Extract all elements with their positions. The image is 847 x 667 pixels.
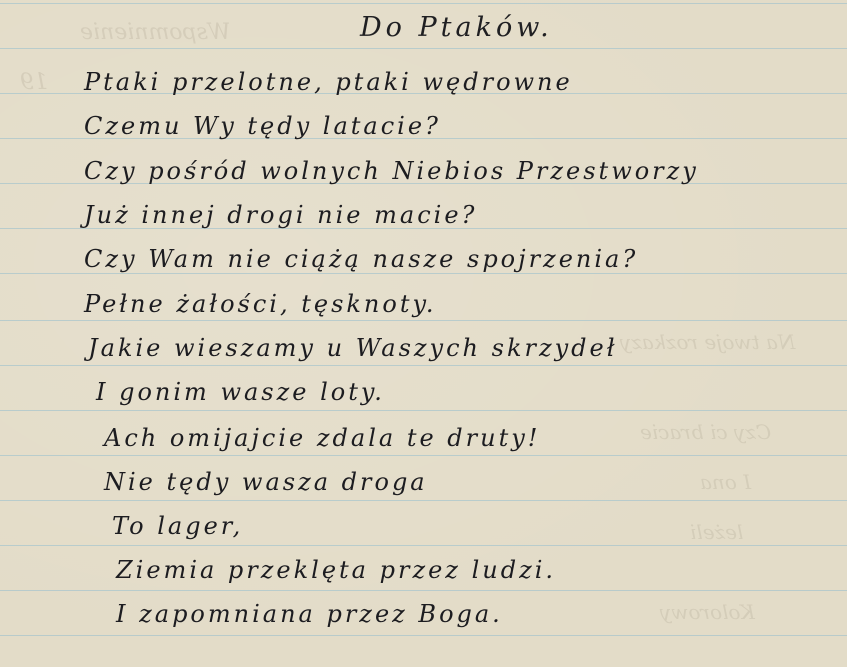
ruled-line: [0, 3, 847, 4]
poem-line: Jakie wieszamy u Waszych skrzydeł: [88, 334, 618, 362]
poem-line: Czemu Wy tędy latacie?: [84, 112, 441, 140]
bleed-through-text: Kolorowy: [660, 600, 755, 624]
bleed-through-text: 19: [20, 70, 48, 95]
ruled-line: [0, 320, 847, 321]
poem-title: Do Ptaków.: [360, 12, 553, 43]
ruled-line: [0, 455, 847, 456]
poem-line: I zapomniana przez Boga.: [116, 600, 503, 628]
poem-line: Czy Wam nie ciążą nasze spojrzenia?: [84, 245, 638, 273]
bleed-through-text: Czy ci bracie: [640, 420, 771, 444]
ruled-line: [0, 635, 847, 636]
poem-line: Już innej drogi nie macie?: [84, 201, 477, 229]
poem-line: Ptaki przelotne, ptaki wędrowne: [84, 68, 573, 96]
ruled-line: [0, 545, 847, 546]
poem-line: Pełne żałości, tęsknoty.: [84, 290, 436, 318]
bleed-through-text: leżeli: [690, 520, 743, 544]
ruled-line: [0, 410, 847, 411]
poem-line: To lager,: [112, 512, 243, 540]
ruled-line: [0, 590, 847, 591]
ruled-line: [0, 273, 847, 274]
ruled-line: [0, 48, 847, 49]
poem-line: Czy pośród wolnych Niebios Przestworzy: [84, 157, 699, 185]
notebook-page: Wspomnienie 19 Na twoje rozkazy Czy ci b…: [0, 0, 847, 667]
bleed-through-text: Na twoje rozkazy: [620, 330, 795, 354]
bleed-through-text: Wspomnienie: [80, 20, 231, 45]
ruled-line: [0, 365, 847, 366]
poem-line: Nie tędy wasza droga: [104, 468, 428, 496]
poem-line: Ziemia przeklęta przez ludzi.: [116, 556, 556, 584]
ruled-line: [0, 500, 847, 501]
poem-line: I gonim wasze loty.: [96, 378, 385, 406]
bleed-through-text: I ona: [700, 470, 751, 494]
poem-line: Ach omijajcie zdala te druty!: [104, 424, 540, 452]
